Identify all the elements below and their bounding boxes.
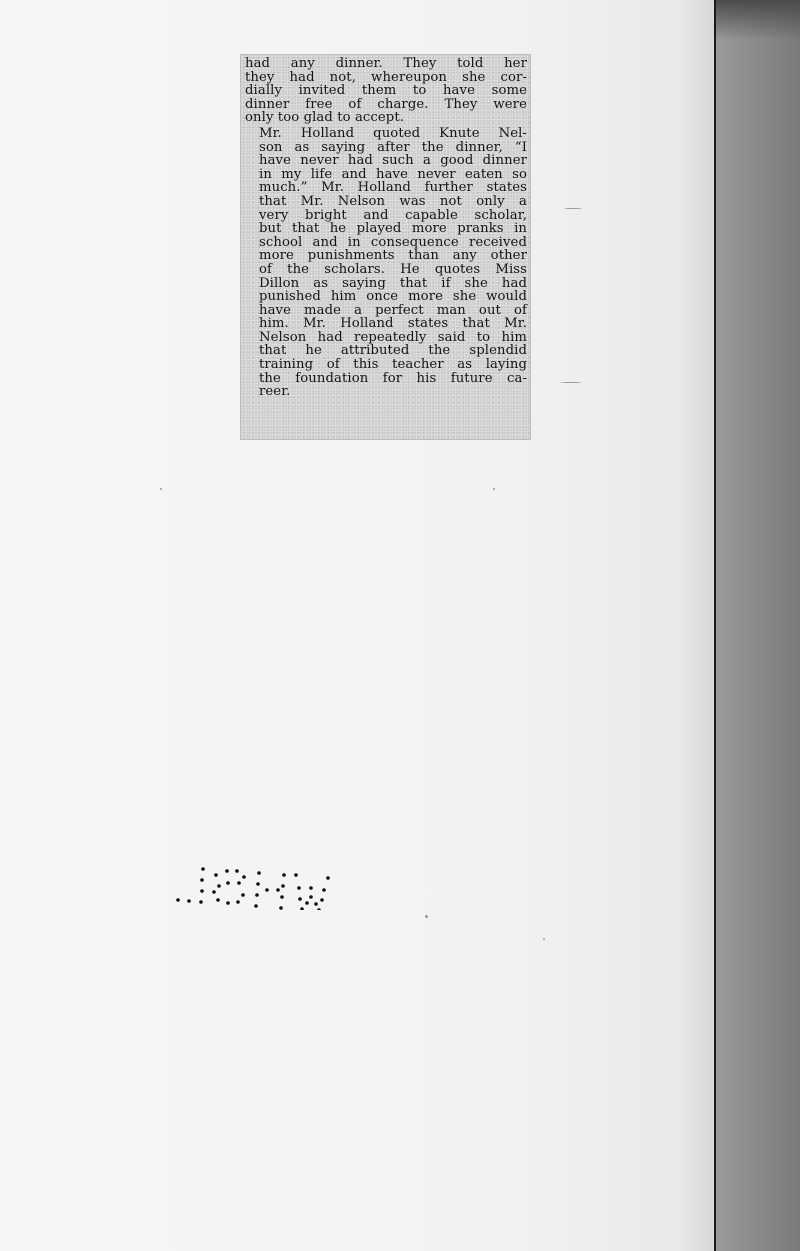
clipping-line: dially invited them to have some xyxy=(245,84,527,98)
scan-speck xyxy=(564,208,582,209)
clipping-line: very bright and capable scholar, xyxy=(245,209,527,223)
clipping-line: Mr. Holland quoted Knute Nel- xyxy=(245,127,527,141)
clipping-line: punished him once more she would xyxy=(245,290,527,304)
scan-speck xyxy=(560,382,582,383)
clipping-line: dinner free of charge. They were xyxy=(245,98,527,112)
clipping-line: in my life and have never eaten so xyxy=(245,168,527,182)
scan-speck xyxy=(160,488,162,490)
scan-speck xyxy=(543,938,545,940)
clipping-line: had any dinner. They told her xyxy=(245,57,527,71)
perforation-dots-icon xyxy=(172,860,332,910)
clipping-line: reer. xyxy=(245,385,527,399)
clipping-line: only too glad to accept. xyxy=(245,111,527,125)
clipping-paragraph: Mr. Holland quoted Knute Nel-son as sayi… xyxy=(245,127,527,399)
scan-speck xyxy=(425,915,428,918)
clipping-line: have made a perfect man out of xyxy=(245,304,527,318)
clipping-line: they had not, whereupon she cor- xyxy=(245,71,527,85)
scan-speck xyxy=(493,488,495,490)
clipping-line: more punishments than any other xyxy=(245,249,527,263)
clipping-line: but that he played more pranks in xyxy=(245,222,527,236)
clipping-line: Dillon as saying that if she had xyxy=(245,277,527,291)
clipping-paragraph: had any dinner. They told herthey had no… xyxy=(245,57,527,125)
clipping-line: that Mr. Nelson was not only a xyxy=(245,195,527,209)
clipping-line: that he attributed the splendid xyxy=(245,344,527,358)
clipping-line: him. Mr. Holland states that Mr. xyxy=(245,317,527,331)
clipping-line: son as saying after the dinner, “I xyxy=(245,141,527,155)
clipping-line: training of this teacher as laying xyxy=(245,358,527,372)
clipping-line: school and in consequence received xyxy=(245,236,527,250)
clipping-line: the foundation for his future ca- xyxy=(245,372,527,386)
perforation-stamp: WHS. xyxy=(172,860,332,910)
clipping-line: of the scholars. He quotes Miss xyxy=(245,263,527,277)
clipping-line: have never had such a good dinner xyxy=(245,154,527,168)
clipping-line: much.” Mr. Holland further states xyxy=(245,181,527,195)
backing-board xyxy=(716,0,800,1251)
newspaper-clipping: had any dinner. They told herthey had no… xyxy=(241,55,530,439)
clipping-line: Nelson had repeatedly said to him xyxy=(245,331,527,345)
